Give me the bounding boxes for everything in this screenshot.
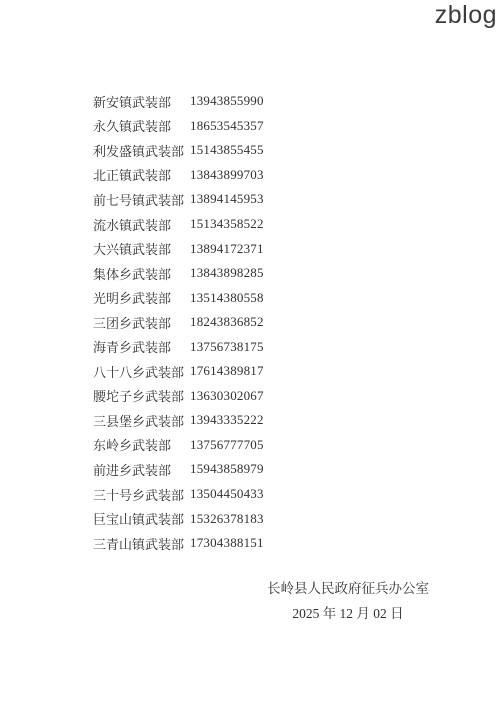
org-name: 永久镇武装部 (93, 116, 187, 135)
org-phone: 13756738175 (190, 339, 264, 355)
signature-line: 长岭县人民政府征兵办公室 (198, 575, 498, 600)
org-phone: 13843898285 (190, 265, 264, 281)
org-phone: 13894172371 (190, 241, 264, 257)
org-phone: 15943858979 (190, 461, 264, 477)
contact-row: 北正镇武装部 13843899703 (93, 163, 264, 188)
contact-row: 三青山镇武装部 17304388151 (93, 531, 264, 556)
org-name: 巨宝山镇武装部 (93, 509, 187, 528)
org-name: 三十号乡武装部 (93, 485, 187, 504)
org-name: 前进乡武装部 (93, 460, 187, 479)
org-name: 大兴镇武装部 (93, 239, 187, 258)
contact-row: 巨宝山镇武装部 15326378183 (93, 506, 264, 531)
org-name: 集体乡武装部 (93, 264, 187, 283)
contact-row: 三十号乡武装部 13504450433 (93, 482, 264, 507)
zblog-logo[interactable]: zblog (435, 0, 497, 30)
contact-row: 八十八乡武装部 17614389817 (93, 359, 264, 384)
org-name: 三县堡乡武装部 (93, 411, 187, 430)
contact-list: 新安镇武装部 13943855990 永久镇武装部 18653545357 利发… (93, 89, 264, 555)
contact-row: 前七号镇武装部 13894145953 (93, 187, 264, 212)
contact-row: 三团乡武装部 18243836852 (93, 310, 264, 335)
org-phone: 17304388151 (190, 535, 264, 551)
org-phone: 15143855455 (190, 142, 264, 158)
org-phone: 17614389817 (190, 363, 264, 379)
document-footer: 长岭县人民政府征兵办公室 2025 年 12 月 02 日 (198, 575, 498, 624)
org-phone: 15326378183 (190, 511, 264, 527)
contact-row: 三县堡乡武装部 13943335222 (93, 408, 264, 433)
contact-row: 前进乡武装部 15943858979 (93, 457, 264, 482)
org-name: 前七号镇武装部 (93, 190, 187, 209)
org-name: 海青乡武装部 (93, 337, 187, 356)
org-phone: 13943335222 (190, 412, 264, 428)
date-line: 2025 年 12 月 02 日 (198, 600, 498, 625)
org-phone: 18243836852 (190, 314, 264, 330)
org-phone: 13843899703 (190, 167, 264, 183)
contact-row: 光明乡武装部 13514380558 (93, 285, 264, 310)
contact-row: 永久镇武装部 18653545357 (93, 114, 264, 139)
contact-row: 利发盛镇武装部 15143855455 (93, 138, 264, 163)
org-phone: 13943855990 (190, 93, 264, 109)
org-name: 八十八乡武装部 (93, 362, 187, 381)
org-name: 三团乡武装部 (93, 313, 187, 332)
contact-row: 流水镇武装部 15134358522 (93, 212, 264, 237)
contact-row: 东岭乡武装部 13756777705 (93, 433, 264, 458)
org-name: 三青山镇武装部 (93, 534, 187, 553)
contact-row: 腰坨子乡武装部 13630302067 (93, 384, 264, 409)
org-name: 东岭乡武装部 (93, 435, 187, 454)
org-phone: 15134358522 (190, 216, 264, 232)
org-phone: 13504450433 (190, 486, 264, 502)
org-name: 新安镇武装部 (93, 92, 187, 111)
contact-row: 海青乡武装部 13756738175 (93, 334, 264, 359)
contact-row: 集体乡武装部 13843898285 (93, 261, 264, 286)
org-name: 光明乡武装部 (93, 288, 187, 307)
org-name: 流水镇武装部 (93, 215, 187, 234)
org-phone: 13630302067 (190, 388, 264, 404)
org-phone: 13514380558 (190, 290, 264, 306)
document-page: zblog 新安镇武装部 13943855990 永久镇武装部 18653545… (0, 0, 500, 707)
org-phone: 13894145953 (190, 191, 264, 207)
contact-row: 大兴镇武装部 13894172371 (93, 236, 264, 261)
org-phone: 18653545357 (190, 118, 264, 134)
org-name: 利发盛镇武装部 (93, 141, 187, 160)
org-name: 腰坨子乡武装部 (93, 386, 187, 405)
contact-row: 新安镇武装部 13943855990 (93, 89, 264, 114)
org-phone: 13756777705 (190, 437, 264, 453)
org-name: 北正镇武装部 (93, 165, 187, 184)
